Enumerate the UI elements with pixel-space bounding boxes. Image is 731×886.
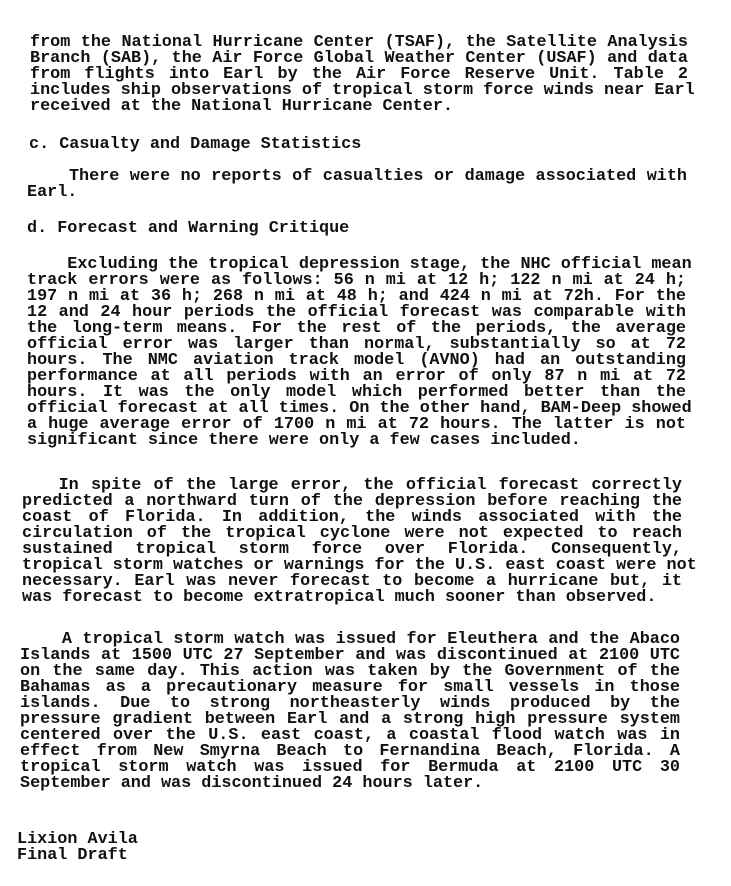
watches-paragraph: A tropical storm watch was issued for El…	[20, 632, 680, 792]
casualty-paragraph: There were no reports of casualties or d…	[27, 169, 687, 201]
text-line: significant since there were only a few …	[27, 433, 686, 449]
forecast-turn-paragraph: In spite of the large error, the officia…	[22, 478, 682, 606]
text-line: received at the National Hurricane Cente…	[30, 99, 688, 115]
intro-paragraph: from the National Hurricane Center (TSAF…	[30, 35, 688, 115]
track-errors-paragraph: Excluding the tropical depression stage,…	[27, 257, 686, 449]
text-line: There were no reports of casualties or d…	[27, 169, 687, 185]
text-line: was forecast to become extratropical muc…	[22, 590, 682, 606]
draft-status: Final Draft	[17, 848, 128, 864]
section-c-heading: c. Casualty and Damage Statistics	[29, 137, 361, 153]
document-page: from the National Hurricane Center (TSAF…	[0, 0, 731, 886]
text-line: Earl.	[27, 185, 687, 201]
text-line: September and was discontinued 24 hours …	[20, 776, 680, 792]
section-d-heading: d. Forecast and Warning Critique	[27, 221, 349, 237]
